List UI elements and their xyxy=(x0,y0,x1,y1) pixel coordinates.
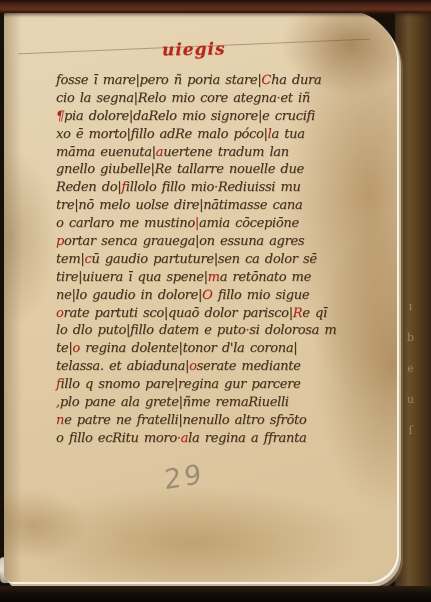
manuscript-line: fosse ī mare|pero ñ poria stare|Cha dura xyxy=(56,72,348,90)
manuscript-page: uiegis fosse ī mare|pero ñ poria stare|C… xyxy=(4,10,397,582)
manuscript-line: xo ē morto|fillo adRe malo póco|la tua xyxy=(56,126,348,144)
pencil-page-number: 29 xyxy=(163,459,204,496)
manuscript-line: portar senca grauega|on essuna agres xyxy=(56,233,348,251)
manuscript-line: ne|lo gaudio in dolore|O fillo mio sigue xyxy=(56,287,348,305)
manuscript-photo: ıbeuſ uiegis fosse ī mare|pero ñ poria s… xyxy=(0,0,431,602)
manuscript-line: o fillo ecRitu moro·ala regina a ffranta xyxy=(56,430,348,448)
manuscript-line: fillo q snomo pare|regina gur parcere xyxy=(56,376,348,394)
manuscript-line: o carlaro me mustino|amia cōcepiōne xyxy=(56,215,348,233)
rubric-header: uiegis xyxy=(162,39,226,60)
manuscript-line: tre|nō melo uolse dire|nātimasse cana xyxy=(56,197,348,215)
manuscript-line: Reden do|fillolo fillo mio·Rediuissi mu xyxy=(56,179,348,197)
manuscript-line: lo dlo puto|fillo datem e puto·si doloro… xyxy=(56,322,348,340)
manuscript-line: ne patre ne fratelli|nenullo altro sfrōt… xyxy=(56,412,348,430)
manuscript-line: cio la segna|Relo mio core ategna·et iñ xyxy=(56,90,348,108)
manuscript-line: te|o regina dolente|tonor d'la corona| xyxy=(56,340,348,358)
bottom-shadow-edge xyxy=(0,586,431,602)
manuscript-line: tem|cū gaudio partuture|sen ca dolor sē xyxy=(56,251,348,269)
manuscript-text-block: fosse ī mare|pero ñ poria stare|Cha dura… xyxy=(56,72,348,448)
manuscript-line: tire|uiuera ī qua spene|ma retōnato me xyxy=(56,269,348,287)
fore-edge-marks: ıbeuſ xyxy=(413,300,427,455)
book-cover-top-edge xyxy=(0,0,431,13)
manuscript-line: ¶pia dolore|daRelo mio signore|e crucifi xyxy=(56,108,348,126)
manuscript-line: māma euenuta|auertene tradum lan xyxy=(56,144,348,162)
manuscript-line: telassa. et abiaduna|oserate mediante xyxy=(56,358,348,376)
manuscript-line: gnello giubelle|Re tallarre nouelle due xyxy=(56,161,348,179)
manuscript-line: orate partuti sco|quaō dolor parisco|Re … xyxy=(56,305,348,323)
manuscript-line: ,plo pane ala grete|ñme remaRiuelli xyxy=(56,394,348,412)
